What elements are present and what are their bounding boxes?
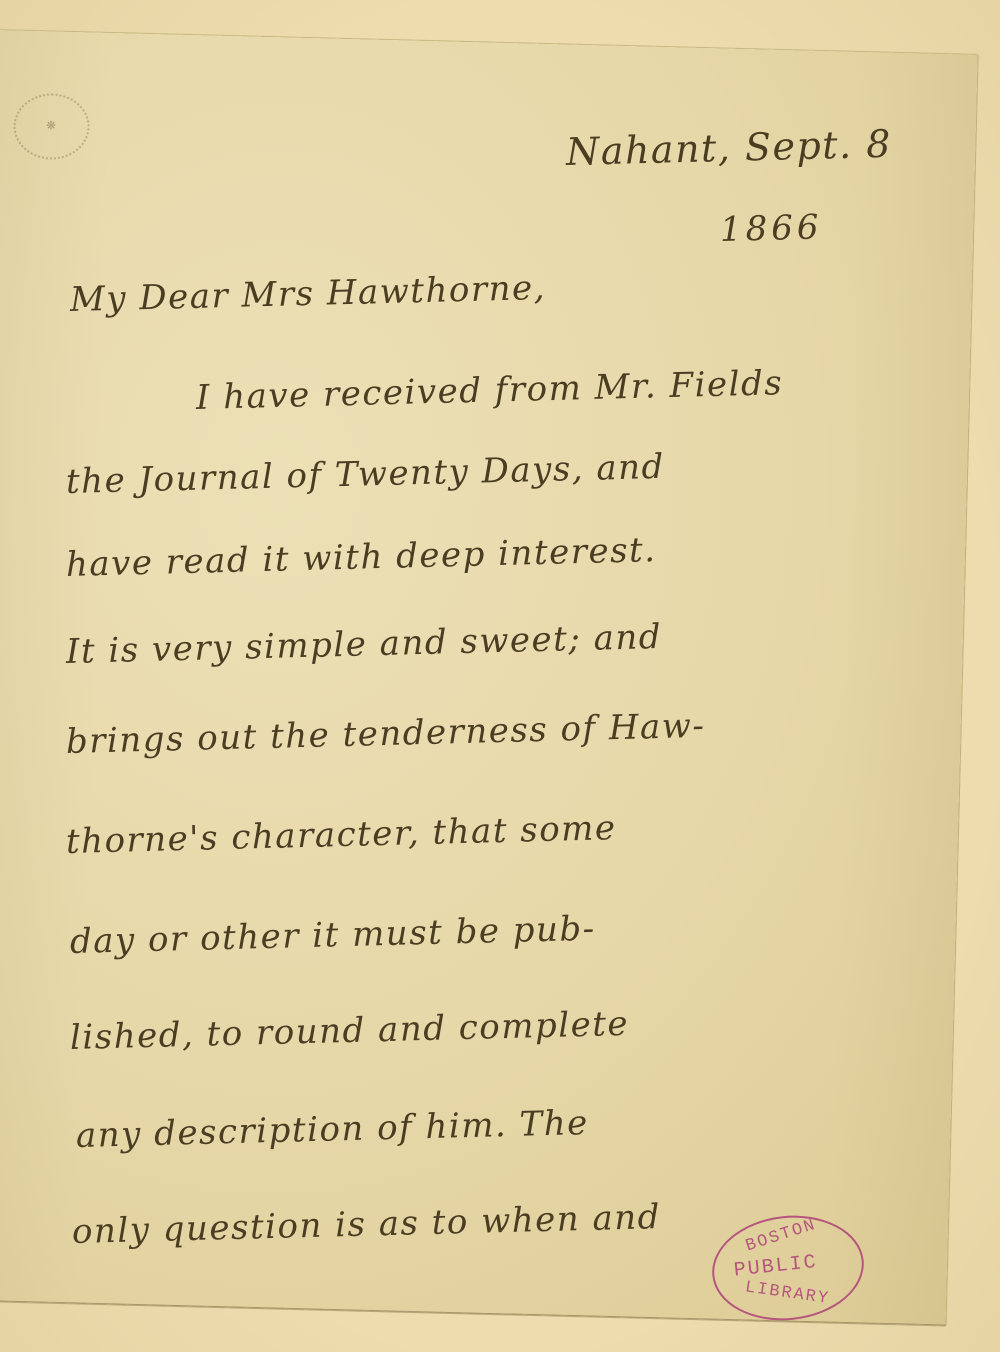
- emboss-mark-icon: ❋: [14, 93, 90, 159]
- place-date: Nahant, Sept. 8: [565, 122, 892, 174]
- stamp-bottom-text: LIBRARY: [744, 1278, 831, 1309]
- year: 1866: [719, 207, 823, 250]
- stamp-top-text: BOSTON: [743, 1216, 819, 1257]
